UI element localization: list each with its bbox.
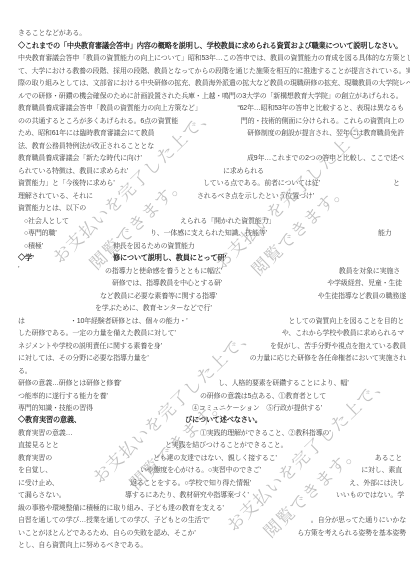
text-segment: 研修の意義…研修とは研修と修養’	[18, 378, 121, 388]
text-segment: えられる「開かれた資質能力」	[180, 216, 275, 226]
text-segment: いいものではない。学	[336, 490, 404, 500]
text-segment: のの共通するところが多くあげられる。6点の資質能	[18, 116, 178, 126]
text-segment: いことがほとんどであるため、自らの失敗を認め、そこか’	[18, 528, 196, 538]
heading-segment: ◇これまでの「中央教育審議会答申」内容の概略を説明し、学校教員に求められる資質お…	[18, 41, 402, 51]
text-segment: し、人格的要素を研鑽することにより、幅’	[218, 378, 349, 388]
text-segment: 資質能力とは、以下の	[18, 203, 86, 213]
text-segment: る。	[18, 366, 32, 376]
text-segment: ④コミュニケーション ⑤行政が提供する’	[192, 403, 322, 413]
heading-segment: 修について説明し、教員にとって研’	[113, 253, 226, 263]
text-segment: り、一体感に支えられた知識、技能等’	[150, 228, 267, 238]
text-segment: とし、自ら資質向上に努めるべきである。	[18, 540, 147, 550]
text-segment: は	[18, 316, 25, 326]
text-segment: え、外部には決し	[349, 478, 404, 488]
text-segment: ○積極’	[24, 241, 43, 251]
text-segment: ’	[18, 266, 19, 273]
text-segment: 。自分が思ってた通りにいかな	[311, 515, 406, 525]
text-segment: ら方策を考えられる姿勢を基本姿勢	[297, 528, 406, 538]
text-segment: 教育実習の	[18, 453, 52, 463]
text-segment: 能力	[378, 228, 392, 238]
text-segment: ○社会人として	[24, 216, 69, 226]
text-segment: いや態度を心がける。○実習中のできご’	[140, 465, 261, 475]
text-segment: 資質能力」と「今後特に求めら’	[18, 178, 115, 188]
text-segment: 専門的知識・技能の習得	[18, 403, 93, 413]
document-page: きることなどがある。◇これまでの「中央教育審議会答申」内容の概略を説明し、学校教…	[0, 0, 410, 580]
text-segment: の指導力と使命感を養うとともに幅広’	[105, 266, 222, 276]
text-segment: 中央教育審議会答申「教員の資質能力の向上について」昭和53年…この答申では、教員…	[18, 53, 410, 63]
text-segment: されるべき点を示したという位置づけ’	[197, 191, 314, 201]
text-segment: を学ぶために、教育センターなどで行’	[95, 303, 212, 313]
text-segment: 成9年…これまでの2つの答申と比較し、ここで述べ	[247, 153, 404, 163]
text-segment: て、大学における教養の段階、採用の段階、教員となってからの段階を通じた施策を相互…	[18, 66, 410, 76]
text-segment: ども達の友達ではない、親しく接するこ’	[153, 453, 277, 463]
text-segment: の力量に応じた研修を各任命権者において実施され	[250, 353, 406, 363]
text-segment: ルでの研修・研鑽の機会確保のために計画設置された兵庫・上越・鳴門の3大学の「新構…	[18, 91, 403, 101]
text-segment: 級の事務や環境整備に積極的に取り組み、子ども達の教育を支える’	[18, 503, 224, 513]
heading-segment: びについて述べなさい。	[185, 415, 262, 425]
text-segment: と実践を結びつけることができること。	[165, 440, 287, 450]
text-segment: きることなどがある。	[18, 28, 86, 38]
text-segment: 門的・技術的側面に分けられる。これらの資質向上の	[241, 116, 404, 126]
text-segment: や学級経営、児童・生徒	[327, 278, 402, 288]
text-segment: ネジメントや学校の説明責任に関する素養を身’	[18, 341, 162, 351]
text-segment: に求められる	[223, 166, 264, 176]
text-segment: 教育職員養成審議会「新たな時代に向け’	[18, 153, 142, 163]
text-segment: 伸長を図るための資質能力	[113, 241, 195, 251]
text-segment: ○専門的職’	[24, 228, 57, 238]
text-segment: 研修では、指導教員を中心とする研’	[112, 278, 222, 288]
text-segment: 返ることをする。○学校で知り得た情報’	[130, 478, 251, 488]
text-segment: 研修制度の創設が提言され、翌年には教育職員免許	[247, 128, 404, 138]
text-segment: て漏らさない。	[18, 490, 66, 500]
text-segment: 直接見るとと	[18, 440, 59, 450]
text-segment: に対しては、その分野に必要な指導力量を’	[18, 353, 149, 363]
text-segment: 際の取り組みとしては、文部省における中央研修の拡充、教員海外派遣の拡大など教員の…	[18, 78, 410, 88]
text-segment: と	[393, 178, 400, 188]
watermark-text-line2: 閲覧できます。	[245, 128, 405, 284]
text-segment: ①実践的理解ができること、②教科指導の’	[200, 428, 331, 438]
text-segment: られている特徴は、教員に求められ’	[18, 166, 128, 176]
text-segment: に受け止め、	[18, 478, 59, 488]
text-segment: 導するにあたり、教材研究や指導案づく’	[125, 490, 249, 500]
text-segment: 教育実習の意義…	[18, 428, 72, 438]
text-segment: あること	[375, 453, 402, 463]
text-segment: ・10年経験者研修とは、個々の能力・’	[70, 316, 188, 326]
text-segment: ため、昭和61年には臨時教育審議会にて教員	[18, 128, 154, 138]
text-segment: に対し、素直	[361, 465, 402, 475]
text-segment: 自習を通しての学び…授業を通しての学び、子どもとの生活で’	[18, 515, 209, 525]
text-segment: を自覚し、	[18, 465, 52, 475]
text-segment: つ能率的に遂行する能力を養’	[18, 391, 108, 401]
text-segment: 法、教育公務員特例法が改正されることとな	[18, 141, 154, 151]
text-segment: や、これから学校や教員に求められるマ	[282, 328, 404, 338]
heading-segment: ◇学’	[18, 253, 34, 263]
text-segment: の研修の意義は5点ある、①教育者として	[200, 391, 326, 401]
text-segment: や生徒指導など教員の職務遂	[318, 291, 406, 301]
text-segment: としての資質向上を図ることを目的と	[288, 316, 404, 326]
text-segment: を促がし、苦手分野や視点を抱えている教員	[270, 341, 406, 351]
text-segment: 理解されている、それに	[18, 191, 93, 201]
text-segment: した研修である。一定の力量を備えた教員に対して’	[18, 328, 176, 338]
text-segment: 教員を対象に実施さ	[339, 266, 400, 276]
text-segment: など教員に必要な素養等に関する指導’	[100, 291, 217, 301]
text-segment: 教育職員養成審議会答申「教員の資質能力の向上方策など」	[18, 103, 202, 113]
heading-segment: ◇教育実習の意義、	[18, 415, 81, 425]
text-segment: している点である。前者については従’	[203, 178, 320, 188]
text-segment: “62年…昭和53年の答申と比較すると、表現は異なるも	[237, 103, 404, 113]
